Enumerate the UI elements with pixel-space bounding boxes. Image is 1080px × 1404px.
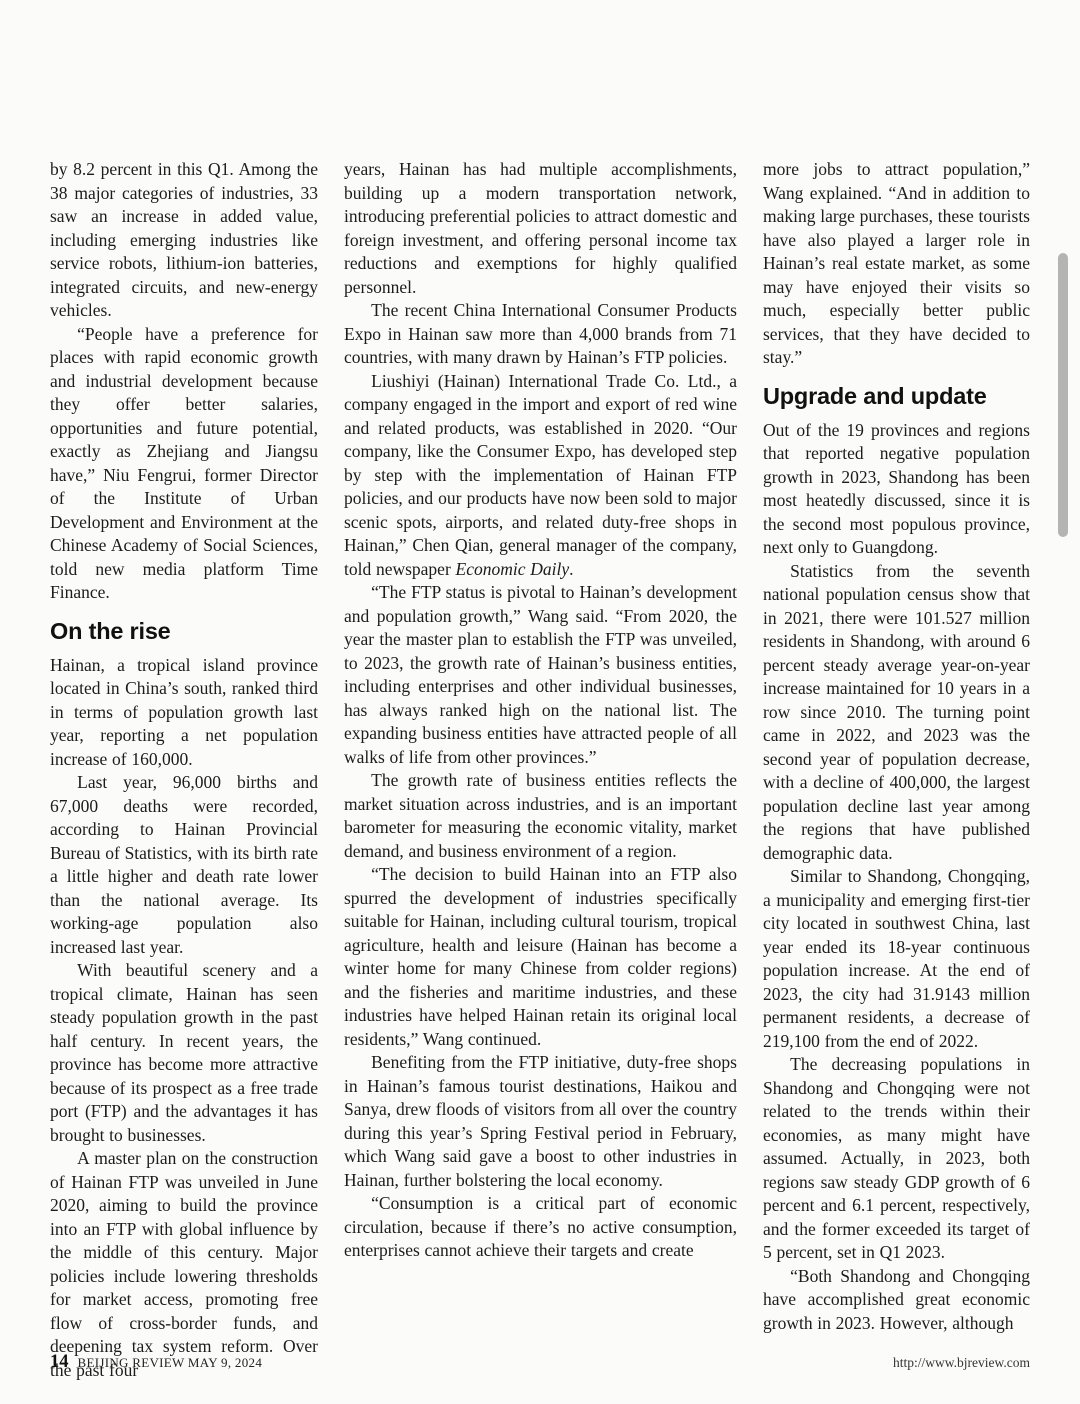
paragraph: “The FTP status is pivotal to Hainan’s d… [344,581,737,769]
paragraph: A master plan on the construction of Hai… [50,1147,318,1382]
paragraph: Last year, 96,000 births and 67,000 deat… [50,771,318,959]
paragraph: more jobs to attract population,” Wang e… [763,158,1030,370]
magazine-page: by 8.2 percent in this Q1. Among the 38 … [0,0,1080,1404]
paragraph: “Both Shandong and Chongqing have accomp… [763,1265,1030,1336]
column-2: years, Hainan has had multiple accomplis… [344,158,737,1382]
paragraph: The growth rate of business entities ref… [344,769,737,863]
footer-left: 14 BEIJING REVIEW MAY 9, 2024 [50,1352,262,1373]
paragraph: The decreasing populations in Shandong a… [763,1053,1030,1265]
issue-info: BEIJING REVIEW MAY 9, 2024 [78,1355,263,1371]
paragraph: Hainan, a tropical island province locat… [50,654,318,772]
newspaper-title: Economic Daily [456,559,570,579]
scrollbar-thumb[interactable] [1058,253,1068,537]
paragraph: “The decision to build Hainan into an FT… [344,863,737,1051]
paragraph: With beautiful scenery and a tropical cl… [50,959,318,1147]
paragraph-text: Liushiyi (Hainan) International Trade Co… [344,371,737,579]
paragraph: “Consumption is a critical part of econo… [344,1192,737,1263]
page-footer: 14 BEIJING REVIEW MAY 9, 2024 http://www… [50,1352,1030,1373]
column-3: more jobs to attract population,” Wang e… [763,158,1030,1382]
paragraph: Liushiyi (Hainan) International Trade Co… [344,370,737,582]
paragraph: Out of the 19 provinces and regions that… [763,419,1030,560]
paragraph-text: . [569,559,573,579]
section-heading-upgrade-and-update: Upgrade and update [763,383,1030,410]
paragraph: Benefiting from the FTP initiative, duty… [344,1051,737,1192]
paragraph: Statistics from the seventh national pop… [763,560,1030,866]
paragraph: years, Hainan has had multiple accomplis… [344,158,737,299]
paragraph: Similar to Shandong, Chongqing, a munici… [763,865,1030,1053]
paragraph: The recent China International Consumer … [344,299,737,370]
paragraph: by 8.2 percent in this Q1. Among the 38 … [50,158,318,323]
column-1: by 8.2 percent in this Q1. Among the 38 … [50,158,318,1382]
article-columns: by 8.2 percent in this Q1. Among the 38 … [50,158,1030,1382]
footer-url: http://www.bjreview.com [893,1355,1030,1371]
section-heading-on-the-rise: On the rise [50,618,318,645]
page-number: 14 [50,1352,69,1373]
paragraph: “People have a preference for places wit… [50,323,318,605]
